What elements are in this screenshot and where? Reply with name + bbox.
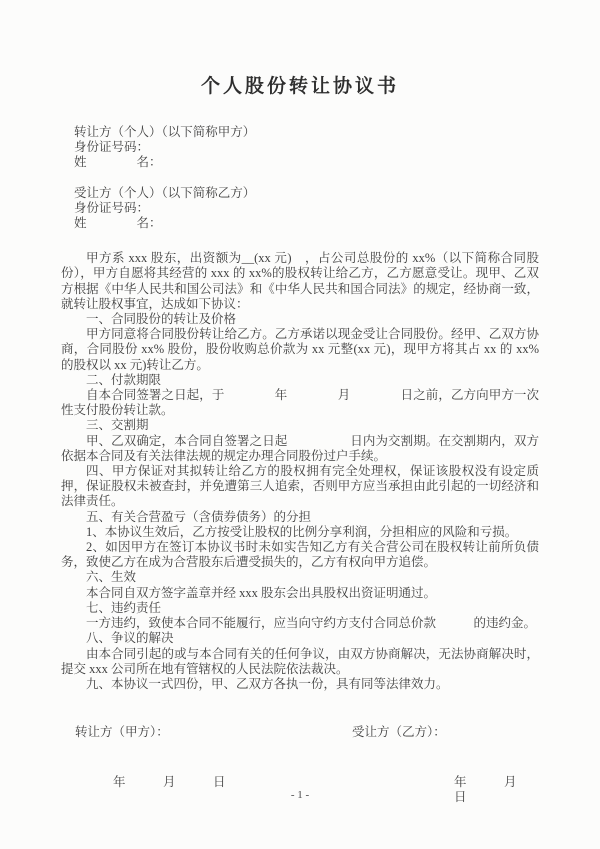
clause-3-heading: 三、交割期 bbox=[61, 418, 539, 433]
clause-7-heading: 七、违约责任 bbox=[61, 601, 539, 616]
clause-9-text: 九、本协议一式四份，甲、乙双方各执一份，具有同等法律效力。 bbox=[61, 677, 539, 692]
clause-1-text: 甲方同意将合同股份转让给乙方。乙方承诺以现金受让合同股份。经甲、乙双方协商，合同… bbox=[61, 327, 539, 373]
document-page: 个人股份转让协议书 转让方（个人）（以下简称甲方） 身份证号码： 姓 名： 受让… bbox=[0, 0, 600, 849]
clause-5-item-1: 1、本协议生效后，乙方按受让股权的比例分享利润，分担相应的风险和亏损。 bbox=[61, 525, 539, 540]
clause-4-text: 四、甲方保证对其拟转让给乙方的股权拥有完全处理权，保证该股权没有设定质押，保证股… bbox=[61, 464, 539, 510]
party-a-id-line: 身份证号码： bbox=[74, 140, 539, 155]
clause-8-heading: 八、争议的解决 bbox=[61, 631, 539, 646]
party-b-id-line: 身份证号码： bbox=[74, 201, 539, 216]
clause-2-text: 自本合同签署之日起，于 年 月 日之前，乙方向甲方一次性支付股份转让款。 bbox=[61, 388, 539, 418]
contract-body: 甲方系 xxx 股东，出资额为__(xx 元) ，占公司总股份的 xx%（以下简… bbox=[61, 251, 539, 692]
intro-paragraph: 甲方系 xxx 股东，出资额为__(xx 元) ，占公司总股份的 xx%（以下简… bbox=[61, 251, 539, 312]
page-number: - 1 - bbox=[0, 789, 600, 801]
party-a-name-line: 姓 名： bbox=[74, 155, 539, 170]
document-title: 个人股份转让协议书 bbox=[61, 76, 539, 98]
party-b-line: 受让方（个人）（以下简称乙方） bbox=[74, 186, 539, 201]
party-b-name-line: 姓 名： bbox=[74, 216, 539, 231]
party-a-signature-label: 转让方（甲方）： bbox=[75, 725, 169, 740]
clause-3-text: 甲、乙双确定，本合同自签署之日起 日内为交割期。在交割期内，双方依据本合同及有关… bbox=[61, 434, 539, 464]
party-b-signature-label: 受让方（乙方）： bbox=[352, 725, 446, 740]
signature-row: 转让方（甲方）： 受让方（乙方）： bbox=[61, 725, 539, 741]
clause-1-heading: 一、合同股份的转让及价格 bbox=[61, 312, 539, 327]
party-b-block: 受让方（个人）（以下简称乙方） 身份证号码： 姓 名： bbox=[61, 186, 539, 232]
clause-2-heading: 二、付款期限 bbox=[61, 373, 539, 388]
party-a-line: 转让方（个人）（以下简称甲方） bbox=[74, 125, 539, 140]
clause-6-heading: 六、生效 bbox=[61, 570, 539, 585]
clause-6-text: 本合同自双方签字盖章并经 xxx 股东会出具股权出资证明通过。 bbox=[61, 586, 539, 601]
clause-8-text: 由本合同引起的或与本合同有关的任何争议，由双方协商解决，无法协商解决时，提交 x… bbox=[61, 647, 539, 677]
clause-5-heading: 五、有关合营盈亏（含债券债务）的分担 bbox=[61, 510, 539, 525]
party-a-block: 转让方（个人）（以下简称甲方） 身份证号码： 姓 名： bbox=[61, 125, 539, 171]
clause-5-item-2: 2、如因甲方在签订本协议书时未如实告知乙方有关合营公司在股权转让前所负债务，致使… bbox=[61, 540, 539, 570]
clause-7-text: 一方违约，致使本合同不能履行，应当向守约方支付合同总价款 的违约金。 bbox=[61, 616, 539, 631]
